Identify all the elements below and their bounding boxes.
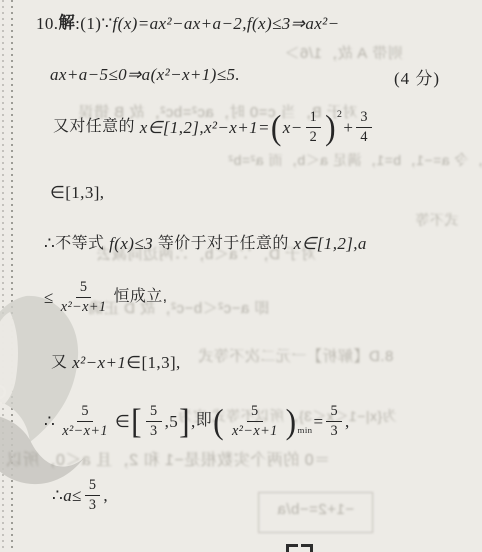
- solution-line-5: ∴不等式 f(x)≤3 等价于对于任意的 x∈[1,2],a: [44, 233, 367, 254]
- bleedthrough-mirrored-text: −1+2=−b/a: [258, 492, 373, 533]
- math-text-segment: 解: [58, 13, 75, 33]
- solution-line-6: ≤5x²−x+1恒成立,: [44, 279, 167, 316]
- math-text-segment: ,5: [165, 411, 179, 432]
- math-text-segment: x²−x+1: [61, 299, 107, 316]
- fraction: 5x²−x+1: [58, 403, 112, 440]
- big-delimiter: ]: [179, 404, 190, 439]
- big-delimiter: (: [213, 404, 224, 439]
- scanned-answer-page: 则带 A 故，1/6＞对于 B，当 c=0 时，ac²=bc²，故 B 错误于 …: [0, 0, 482, 552]
- score-annotation: (4 分): [394, 64, 440, 89]
- fraction-numerator: 5: [85, 477, 101, 496]
- fraction-denominator: x²−x+1: [58, 422, 112, 440]
- math-text-segment: 3: [150, 423, 158, 440]
- math-text-segment: 等价于对于任意的: [153, 234, 294, 254]
- subscript: min: [298, 425, 313, 436]
- bleedthrough-mirrored-text: 8.D【解析】一元二次不等式: [198, 345, 393, 366]
- big-delimiter: [: [131, 404, 142, 439]
- math-text-segment: 5: [80, 279, 88, 296]
- math-text-segment: x²−x+1: [62, 423, 108, 440]
- fraction-denominator: 3: [146, 422, 162, 440]
- bleedthrough-mirrored-text: 于 C，令 a=−1，b=1，满足 a＜b，而 a²=b²: [228, 150, 482, 170]
- math-text-segment: 5: [330, 403, 338, 420]
- math-text-segment: :(1)∵: [75, 13, 112, 34]
- math-text-segment: 10.: [36, 13, 58, 34]
- math-text-segment: 5: [150, 403, 158, 420]
- math-text-segment: 又: [51, 353, 72, 373]
- big-delimiter: (: [271, 110, 282, 145]
- fraction-denominator: 3: [326, 422, 342, 440]
- solution-line-1: 10.解:(1)∵f(x)=ax²−ax+a−2,f(x)≤3⇒ax²−: [36, 13, 340, 34]
- math-text-segment: x∈[1,2],a: [294, 233, 367, 254]
- fraction-numerator: 5: [77, 403, 93, 422]
- fraction-denominator: 2: [306, 128, 322, 146]
- big-delimiter: ): [286, 404, 297, 439]
- fraction-numerator: 5: [146, 403, 162, 422]
- superscript: 2: [337, 109, 342, 121]
- cutoff-bracket-mark-left: [286, 544, 298, 552]
- math-text-segment: f(x)≤3: [109, 233, 153, 254]
- fraction: 5x²−x+1: [57, 279, 111, 316]
- math-text-segment: 不等式: [55, 234, 109, 254]
- bleedthrough-mirrored-text: 式不等: [415, 210, 459, 230]
- bleedthrough-mirrored-text: ＝0 的两个实数根是−1 和 2，且 a＜0，所以: [6, 447, 330, 470]
- fraction-numerator: 5: [247, 403, 263, 422]
- math-text-segment: 3: [360, 109, 368, 126]
- fraction: 5x²−x+1: [228, 403, 282, 440]
- math-text-segment: ,: [103, 485, 108, 506]
- math-text-segment: ∴: [44, 411, 55, 432]
- fraction: 12: [306, 109, 322, 146]
- big-delimiter: ): [325, 110, 336, 145]
- math-text-segment: 又对任意的: [53, 117, 140, 137]
- math-text-segment: f(x)=ax²−ax+a−2,f(x)≤3⇒ax²−: [113, 13, 340, 34]
- math-text-segment: x∈[1,2],x²−x+1=: [140, 117, 270, 138]
- math-text-segment: ,: [345, 411, 350, 432]
- solution-line-3: 又对任意的 x∈[1,2],x²−x+1=(x−12)2+34: [53, 109, 375, 146]
- fraction: 53: [146, 403, 162, 440]
- math-text-segment: ∴: [52, 485, 63, 506]
- bleedthrough-mirrored-text: 则带 A 故，1/6＞: [284, 42, 403, 63]
- math-text-segment: 4: [360, 129, 368, 146]
- math-text-segment: x−: [283, 117, 303, 138]
- math-text-segment: 3: [330, 423, 338, 440]
- solution-line-2: ax+a−5≤0⇒a(x²−x+1)≤5.: [50, 64, 240, 85]
- math-text-segment: =: [313, 411, 323, 432]
- math-text-segment: 恒成立,: [113, 287, 167, 307]
- math-text-segment: ≤: [72, 485, 82, 506]
- math-text-segment: 即: [196, 411, 212, 431]
- solution-line-7: 又 x²−x+1∈[1,3],: [51, 352, 181, 373]
- math-text-segment: 5: [251, 403, 259, 420]
- fraction: 53: [326, 403, 342, 440]
- fraction-numerator: 5: [76, 279, 92, 298]
- math-text-segment: ≤: [44, 287, 54, 308]
- fraction: 53: [85, 477, 101, 514]
- solution-line-9: ∴a≤53,: [52, 477, 108, 514]
- solution-line-8: ∴5x²−x+1∈[53,5],即(5x²−x+1)min=53,: [44, 403, 350, 440]
- math-text-segment: ∈[1,3],: [126, 352, 180, 373]
- math-text-segment: ∈[1,3],: [50, 182, 104, 203]
- math-text-segment: ∴: [44, 233, 55, 254]
- fraction-denominator: x²−x+1: [228, 422, 282, 440]
- math-text-segment: 1: [310, 109, 318, 126]
- fraction-denominator: 3: [85, 496, 101, 514]
- math-text-segment: 3: [89, 497, 97, 514]
- fraction-numerator: 3: [356, 109, 372, 128]
- math-text-segment: ax+a−5≤0⇒a(x²−x+1)≤5.: [50, 64, 240, 85]
- cutoff-bracket-mark-right: [301, 544, 313, 552]
- fraction-numerator: 1: [306, 109, 322, 128]
- math-text-segment: ∈: [115, 411, 130, 432]
- math-text-segment: 5: [89, 477, 97, 494]
- fraction-denominator: x²−x+1: [57, 298, 111, 316]
- solution-line-4: ∈[1,3],: [50, 182, 104, 203]
- fraction-denominator: 4: [356, 128, 372, 146]
- fraction-numerator: 5: [326, 403, 342, 422]
- math-text-segment: 2: [310, 129, 318, 146]
- math-text-segment: x²−x+1: [72, 352, 126, 373]
- math-text-segment: 5: [81, 403, 89, 420]
- fraction: 34: [356, 109, 372, 146]
- math-text-segment: +: [343, 117, 353, 138]
- math-text-segment: x²−x+1: [232, 423, 278, 440]
- math-text-segment: a: [63, 485, 72, 506]
